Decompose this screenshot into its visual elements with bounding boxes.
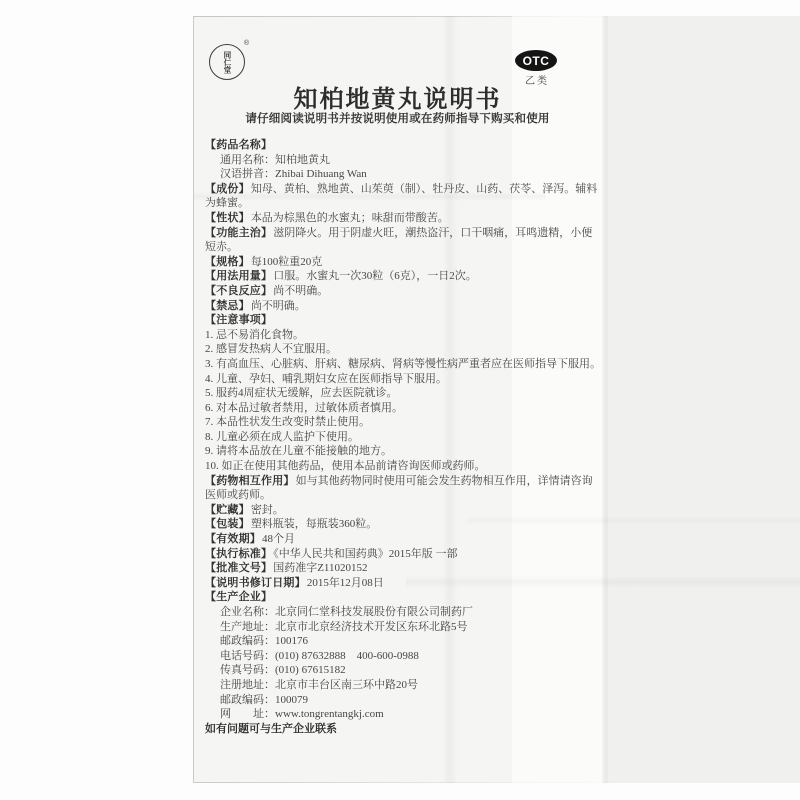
leaflet-line: 5. 服药4周症状无缓解，应去医院就诊。 bbox=[205, 386, 765, 401]
leaflet-line: 传真号码：(010) 67615182 bbox=[205, 663, 765, 678]
leaflet-line: 【药物相互作用】如与其他药物同时使用可能会发生药物相互作用，详情请咨询 bbox=[205, 474, 765, 489]
leaflet-line: 【说明书修订日期】2015年12月08日 bbox=[205, 576, 765, 591]
leaflet-line: 【药品名称】 bbox=[205, 138, 765, 153]
page-subtitle: 请仔细阅读说明书并按说明使用或在药师指导下购买和使用 bbox=[205, 110, 590, 126]
leaflet-line: 通用名称：知柏地黄丸 bbox=[205, 153, 765, 168]
seal-text: 同仁堂 bbox=[223, 51, 231, 74]
leaflet-line: 【成份】知母、黄柏、熟地黄、山茱萸（制）、牡丹皮、山药、茯苓、泽泻。辅料 bbox=[205, 182, 765, 197]
leaflet-line: 8. 儿童必须在成人监护下使用。 bbox=[205, 430, 765, 445]
leaflet-line: 【执行标准】《中华人民共和国药典》2015年版 一部 bbox=[205, 547, 765, 562]
registered-trademark-icon: ® bbox=[244, 40, 249, 47]
leaflet-line: 短赤。 bbox=[205, 240, 765, 255]
leaflet-line: 7. 本品性状发生改变时禁止使用。 bbox=[205, 415, 765, 430]
page-title: 知柏地黄丸说明书 bbox=[205, 79, 590, 114]
leaflet-line: 9. 请将本品放在儿童不能接触的地方。 bbox=[205, 444, 765, 459]
seal-circle: 同仁堂 bbox=[209, 44, 245, 80]
leaflet-line: 3. 有高血压、心脏病、肝病、糖尿病、肾病等慢性病严重者应在医师指导下服用。 bbox=[205, 357, 765, 372]
leaflet-line: 【功能主治】滋阴降火。用于阴虚火旺，潮热盗汗，口干咽痛，耳鸣遗精，小便 bbox=[205, 226, 765, 241]
otc-oval-label: OTC bbox=[515, 50, 557, 71]
screenshot-root: { "colors": { "background": "#fdfdfd", "… bbox=[0, 0, 800, 800]
leaflet-line: 医师或药师。 bbox=[205, 488, 765, 503]
tongrentang-seal-logo: 同仁堂 ® bbox=[209, 44, 245, 80]
leaflet-line: 2. 感冒发热病人不宜服用。 bbox=[205, 342, 765, 357]
leaflet-line: 【禁忌】尚不明确。 bbox=[205, 299, 765, 314]
leaflet-line: 企业名称：北京同仁堂科技发展股份有限公司制药厂 bbox=[205, 605, 765, 620]
leaflet-line: 4. 儿童、孕妇、哺乳期妇女应在医师指导下服用。 bbox=[205, 372, 765, 387]
leaflet-line: 邮政编码：100079 bbox=[205, 693, 765, 708]
leaflet-line: 为蜂蜜。 bbox=[205, 196, 765, 211]
leaflet-line: 【包装】塑料瓶装，每瓶装360粒。 bbox=[205, 517, 765, 532]
leaflet-line: 【用法用量】口服。水蜜丸一次30粒（6克），一日2次。 bbox=[205, 269, 765, 284]
leaflet-line: 生产地址：北京市北京经济技术开发区东环北路5号 bbox=[205, 620, 765, 635]
leaflet-body: 【药品名称】通用名称：知柏地黄丸汉语拼音：Zhibai Dihuang Wan【… bbox=[205, 138, 765, 736]
paper-bottom-edge bbox=[194, 782, 800, 783]
leaflet-line: 【注意事项】 bbox=[205, 313, 765, 328]
leaflet-line: 【有效期】48个月 bbox=[205, 532, 765, 547]
leaflet-line: 邮政编码：100176 bbox=[205, 634, 765, 649]
leaflet-line: 【批准文号】国药准字Z11020152 bbox=[205, 561, 765, 576]
leaflet-line: 6. 对本品过敏者禁用，过敏体质者慎用。 bbox=[205, 401, 765, 416]
leaflet-line: 汉语拼音：Zhibai Dihuang Wan bbox=[205, 167, 765, 182]
leaflet-line: 【规格】每100粒重20克 bbox=[205, 255, 765, 270]
leaflet-line: 网 址：www.tongrentangkj.com bbox=[205, 707, 765, 722]
leaflet-line: 电话号码：(010) 87632888 400-600-0988 bbox=[205, 649, 765, 664]
leaflet-line: 如有问题可与生产企业联系 bbox=[205, 722, 765, 737]
leaflet-line: 10. 如正在使用其他药品，使用本品前请咨询医师或药师。 bbox=[205, 459, 765, 474]
leaflet-line: 1. 忌不易消化食物。 bbox=[205, 328, 765, 343]
leaflet-line: 【性状】本品为棕黑色的水蜜丸；味甜而带酸苦。 bbox=[205, 211, 765, 226]
paper-top-edge bbox=[194, 16, 800, 17]
leaflet-line: 【贮藏】密封。 bbox=[205, 503, 765, 518]
leaflet-line: 【不良反应】尚不明确。 bbox=[205, 284, 765, 299]
leaflet-line: 注册地址：北京市丰台区南三环中路20号 bbox=[205, 678, 765, 693]
leaflet-line: 【生产企业】 bbox=[205, 590, 765, 605]
